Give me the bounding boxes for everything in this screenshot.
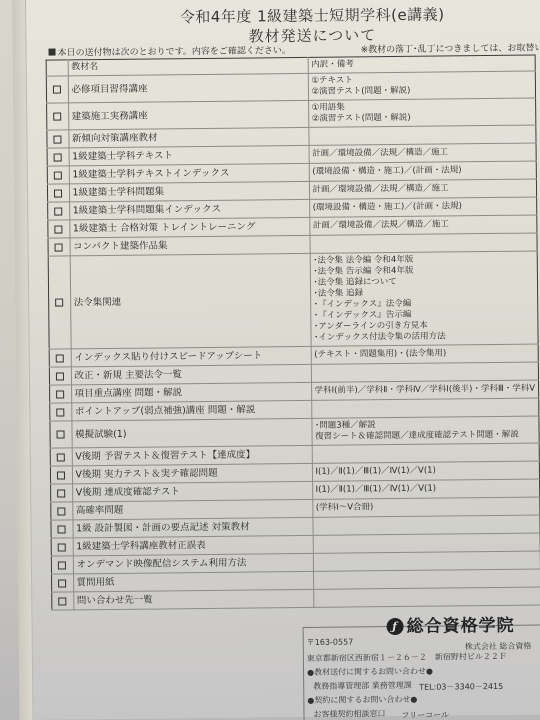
check-cell [50, 385, 72, 403]
material-notes: ①テキスト②演習テスト(問題・解説) [308, 71, 536, 100]
checkbox[interactable] [55, 225, 63, 233]
check-cell [50, 403, 72, 421]
check-cell [51, 502, 73, 520]
note-line: (環境設備・構造・施工)／(計画・法規) [313, 201, 534, 214]
check-cell [46, 76, 68, 103]
material-notes: 学科Ⅰ(前半)／学科Ⅱ・学科Ⅳ／学科Ⅰ(後半)・学科Ⅲ・学科Ⅴ [311, 380, 539, 400]
check-cell [48, 256, 70, 349]
check-cell [52, 574, 74, 592]
checkbox[interactable] [57, 453, 65, 461]
material-name: 建築施工実務講座 [68, 100, 308, 130]
check-cell [49, 367, 71, 385]
note-line: ･インデックス付法令集の活用方法 [314, 331, 535, 344]
brand-logo-icon: ƒ [386, 618, 403, 635]
check-cell [47, 184, 69, 202]
checkbox[interactable] [58, 525, 66, 533]
check-cell [47, 130, 69, 148]
square-bullet-icon [49, 49, 56, 56]
material-notes: ①用語集②演習テスト(問題・解説) [308, 98, 536, 127]
material-notes [313, 551, 540, 571]
note-line: 計画／環境設備／法規／構造／施工 [312, 147, 533, 160]
table-row: 問い合わせ先一覧 [52, 587, 540, 610]
brand-name: 総合資格学院 [406, 616, 514, 637]
note-line: (環境設備・構造・施工)／(計画・法規) [312, 165, 533, 178]
material-name: 必修項目習得講座 [68, 73, 308, 103]
checkbox[interactable] [55, 298, 63, 306]
check-cell [51, 484, 73, 502]
note-line: 計画／環境設備／法規／構造／施工 [313, 219, 534, 232]
check-cell [52, 592, 74, 610]
checkbox[interactable] [53, 85, 61, 93]
checkbox[interactable] [57, 430, 65, 438]
checkbox[interactable] [57, 471, 65, 479]
material-notes [313, 569, 540, 589]
note-line: (テキスト・問題集用)・(法令集用) [314, 348, 535, 361]
material-name: 法令集関連 [70, 253, 311, 349]
inquiry-materials-dept: 教務指導管理部 業務管理課 [313, 680, 412, 692]
check-cell [47, 148, 69, 166]
note-line: 学科Ⅰ(前半)／学科Ⅱ・学科Ⅳ／学科Ⅰ(後半)・学科Ⅲ・学科Ⅴ [315, 384, 536, 397]
brand: ƒ総合資格学院 [386, 611, 514, 637]
checkbox[interactable] [58, 561, 66, 569]
material-notes: (学科Ⅰ～Ⅴ合冊) [312, 497, 540, 517]
inquiry-contract-dept: お客様契約相談窓口 [313, 708, 385, 720]
check-cell [50, 448, 72, 466]
document-page: 令和4年度 1級建築士短期学科(e講義) 教材発送について 本日の送付物は次のと… [12, 0, 540, 720]
note-line: (学科Ⅰ～Ⅴ合冊) [316, 501, 537, 514]
note-line: ②演習テスト(問題・解説) [312, 112, 533, 125]
material-notes: 計画／環境設備／法規／構造／施工 [309, 143, 537, 163]
checkbox[interactable] [54, 153, 62, 161]
check-cell [47, 103, 69, 130]
checkbox[interactable] [58, 543, 66, 551]
material-notes [309, 233, 537, 253]
inquiry-contract-heading: ●契約に関するお問い合わせ● [307, 694, 417, 706]
checkbox[interactable] [54, 171, 62, 179]
material-notes [313, 587, 540, 607]
inquiry-materials-tel: TEL:03－3340－2415 [419, 681, 503, 693]
note-line: Ⅰ(1)／Ⅱ(1)／Ⅲ(1)／Ⅳ(1)／Ⅴ(1) [315, 465, 536, 478]
notice-right: ※教材の落丁･乱丁につきましては、お取替いたします [360, 40, 540, 55]
check-cell [48, 238, 70, 256]
material-notes: 計画／環境設備／法規／構造／施工 [309, 215, 537, 235]
material-notes [312, 515, 540, 535]
material-notes: (環境設備・構造・施工)／(計画・法規) [309, 161, 537, 181]
table-row: 法令集関連･法令集 法令編 令和4年版･法令集 告示編 令和4年版･法令集 追録… [48, 251, 538, 349]
inquiry-contract-tel: フリーコール [401, 709, 449, 720]
checkbox[interactable] [53, 112, 61, 120]
check-cell [51, 556, 73, 574]
note-line: Ⅰ(1)／Ⅱ(1)／Ⅲ(1)／Ⅳ(1)／Ⅴ(1) [316, 483, 537, 496]
material-notes: Ⅰ(1)／Ⅱ(1)／Ⅲ(1)／Ⅳ(1)／Ⅴ(1) [312, 479, 540, 499]
check-cell [50, 466, 72, 484]
check-cell [50, 421, 72, 448]
material-name: 模擬試験(1) [71, 418, 311, 448]
check-cell [49, 349, 71, 367]
materials-table: 教材名 内訳・備考 必修項目習得講座①テキスト②演習テスト(問題・解説)建築施工… [46, 55, 540, 611]
material-notes: (テキスト・問題集用)・(法令集用) [311, 344, 539, 364]
material-notes [311, 362, 539, 382]
note-line: 計画／環境設備／法規／構造／施工 [312, 183, 533, 196]
checkbox[interactable] [59, 597, 67, 605]
material-notes: ･法令集 法令編 令和4年版･法令集 告示編 令和4年版･法令集 追録について･… [310, 251, 538, 346]
inquiry-materials-heading: ●教材送付に関するお問い合わせ● [307, 666, 433, 678]
checkbox[interactable] [58, 507, 66, 515]
checkbox[interactable] [58, 579, 66, 587]
check-cell [47, 166, 69, 184]
material-notes [311, 398, 539, 418]
address: 東京都新宿区西新宿１－２６－２ 新宿野村ビル２２Ｆ [307, 651, 507, 664]
material-notes: Ⅰ(1)／Ⅱ(1)／Ⅲ(1)／Ⅳ(1)／Ⅴ(1) [312, 461, 540, 481]
publisher-footer: ƒ総合資格学院 〒163-0557 株式会社 総合資格 東京都新宿区西新宿１－２… [288, 614, 540, 717]
header-check-col [46, 60, 68, 76]
checkbox[interactable] [55, 243, 63, 251]
material-name: 問い合わせ先一覧 [73, 589, 313, 610]
material-notes [313, 533, 540, 553]
checkbox[interactable] [57, 489, 65, 497]
material-notes: ･問題3種／解説復習シート＆確認問題／達成度確認テスト問題・解説 [311, 416, 539, 445]
material-notes [312, 443, 540, 463]
checkbox[interactable] [56, 390, 64, 398]
check-cell [48, 220, 70, 238]
note-line: ②演習テスト(問題・解説) [311, 85, 532, 98]
material-notes: (環境設備・構造・施工)／(計画・法規) [309, 197, 537, 217]
checkbox[interactable] [57, 408, 65, 416]
check-cell [48, 202, 70, 220]
check-cell [51, 538, 73, 556]
material-notes: 計画／環境設備／法規／構造／施工 [309, 179, 537, 199]
checkbox[interactable] [54, 189, 62, 197]
checkbox[interactable] [54, 207, 62, 215]
material-notes [308, 125, 536, 145]
postal-code: 〒163-0557 [307, 636, 354, 647]
checkbox[interactable] [56, 372, 64, 380]
checkbox[interactable] [54, 135, 62, 143]
check-cell [51, 520, 73, 538]
note-line: 復習シート＆確認問題／達成度確認テスト問題・解説 [315, 430, 536, 443]
checkbox[interactable] [56, 354, 64, 362]
page-edge [12, 0, 34, 720]
